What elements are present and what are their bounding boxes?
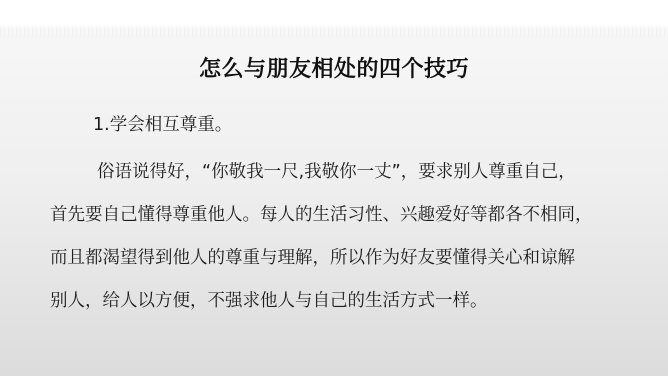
paragraph-line-1: 俗语说得好，“你敬我一尺,我敬你一丈”，要求别人尊重自己， [97,160,576,184]
slide: 怎么与朋友相处的四个技巧 1.学会相互尊重。 俗语说得好，“你敬我一尺,我敬你一… [0,0,668,376]
section-heading: 1.学会相互尊重。 [93,113,232,137]
slide-title: 怎么与朋友相处的四个技巧 [0,55,668,85]
paragraph-line-3: 而且都渴望得到他人的尊重与理解，所以作为好友要懂得关心和谅解 [50,246,575,270]
paragraph-line-2: 首先要自己懂得尊重他人。每人的生活习性、兴趣爱好等都各不相同， [50,203,593,227]
paragraph-line-4: 别人，给人以方便，不强求他人与自己的生活方式一样。 [50,289,488,313]
background-texture-band [0,26,668,38]
